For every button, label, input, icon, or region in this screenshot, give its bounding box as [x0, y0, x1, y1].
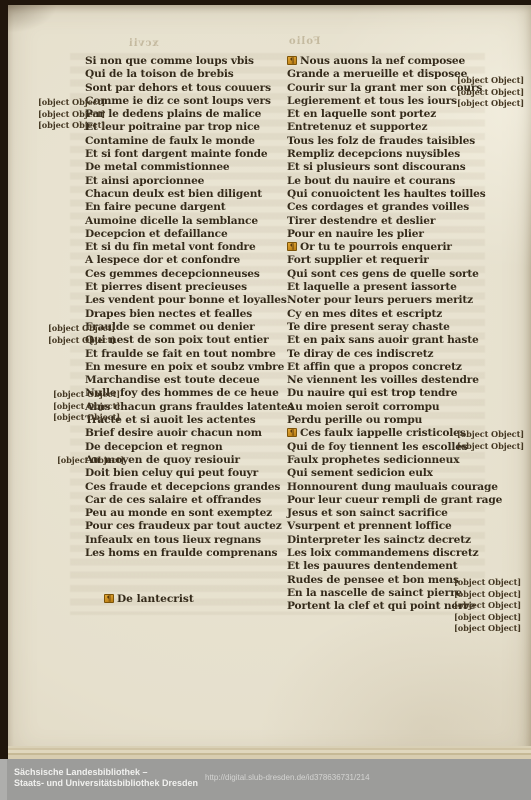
- margin-note-proverbs: [object Object]: [57, 455, 124, 467]
- verse-line: Marchandise est toute deceue: [85, 374, 290, 387]
- verse-text: Et pierres disent precieuses: [85, 281, 247, 293]
- verse-text: Et en paix sans auoir grant haste: [287, 334, 479, 346]
- verse-text: Et si font dargent mainte fonde: [85, 148, 267, 160]
- verse-line: Jesus et son sainct sacrifice: [287, 507, 515, 520]
- margin-note-line: [object Object]: [454, 623, 521, 635]
- verse-line: Qui nest de son poix tout entier: [85, 334, 290, 347]
- verse-text: Peu au monde en sont exemptez: [85, 507, 272, 519]
- verse-text: Pour en nauire les plier: [287, 228, 424, 240]
- verse-text: Tous les folz de fraudes taisibles: [287, 135, 475, 147]
- verse-text: Legierement et tous les iours: [287, 95, 457, 107]
- verse-text: Ces gemmes decepcionneuses: [85, 268, 260, 280]
- verse-line: Comme ie diz ce sont loups vers: [85, 95, 290, 108]
- verse-line: Qui de la toison de brebis: [85, 68, 290, 81]
- verse-text: Et fraulde se fait en tout nombre: [85, 348, 276, 360]
- verse-text: Perdu perille ou rompu: [287, 414, 422, 426]
- verse-line: ¶Or tu te pourrois enquerir: [287, 241, 515, 254]
- verse-text: Fort supplier et requerir: [287, 254, 429, 266]
- verse-text: Faulx prophetes sedicionneux: [287, 454, 459, 466]
- verse-text: Qui sement sedicion eulx: [287, 467, 433, 479]
- verse-text: Et en laquelle sont portez: [287, 108, 436, 120]
- margin-note-line: [object Object]: [38, 109, 105, 121]
- rubric-text: De lantecrist: [117, 593, 194, 605]
- verse-text: Le bout du nauire et courans: [287, 175, 455, 187]
- verse-line: En faire pecune dargent: [85, 201, 290, 214]
- rubric-line: ¶De lantecrist: [104, 593, 194, 606]
- verse-text: En la nascelle de sainct pierre: [287, 587, 462, 599]
- margin-note-matthew-mark: [object Object][object Object]: [457, 429, 524, 452]
- verse-text: Du nauire qui est trop tendre: [287, 387, 457, 399]
- pilcrow-mark: ¶: [287, 428, 297, 437]
- verse-text: Par le dedens plains de malice: [85, 108, 261, 120]
- verse-line: Ne viennent les voilles destendre: [287, 374, 515, 387]
- verse-text: Sont par dehors et tous couuers: [85, 82, 271, 94]
- verse-line: Et fraulde se fait en tout nombre: [85, 348, 290, 361]
- book-page: xcvii Folio Si non que comme loups vbis …: [8, 5, 531, 759]
- verse-line: Les homs en fraulde comprenans: [85, 547, 290, 560]
- verse-line: Aumoine dicelle la semblance: [85, 215, 290, 228]
- verse-line: De decepcion et regnon: [85, 441, 290, 454]
- verse-text: Te diray de ces indiscretz: [287, 348, 433, 360]
- verse-text: Grande a merueille et disposee: [287, 68, 467, 80]
- margin-note-line: [object Object]: [38, 120, 105, 132]
- verse-text: Les loix commandemens discretz: [287, 547, 479, 559]
- verse-text: Courir sur la grant mer son cours: [287, 82, 482, 94]
- verse-line: Qui sement sedicion eulx: [287, 467, 515, 480]
- verse-text: Dinterpreter les sainctz decretz: [287, 534, 471, 546]
- verse-text: Infeaulx en tous lieux regnans: [85, 534, 261, 546]
- verse-text: Et laquelle a present iassorte: [287, 281, 457, 293]
- verse-line: Pour en nauire les plier: [287, 228, 515, 241]
- verse-line: Pour ces fraudeux par tout auctez: [85, 520, 290, 533]
- verse-text: Car de ces salaire et offrandes: [85, 494, 261, 506]
- verse-text: Et si plusieurs sont discourans: [287, 161, 466, 173]
- verse-line: Et si font dargent mainte fonde: [85, 148, 290, 161]
- verse-text: Et affin que a propos concretz: [287, 361, 462, 373]
- margin-note-deuteronomy: [object Object][object Object][object Ob…: [457, 75, 524, 110]
- verse-line: Car de ces salaire et offrandes: [85, 494, 290, 507]
- verse-line: Le bout du nauire et courans: [287, 175, 515, 188]
- verse-line: A lespece dor et confondre: [85, 254, 290, 267]
- verse-text: Doit bien celuy qui peut fouyr: [85, 467, 258, 479]
- verse-line: Tous les folz de fraudes taisibles: [287, 135, 515, 148]
- verse-line: Te diray de ces indiscretz: [287, 348, 515, 361]
- verse-line: Et ainsi aporcionnee: [85, 175, 290, 188]
- verse-line: Les vendent pour bonne et loyalles: [85, 294, 290, 307]
- verse-line: Et affin que a propos concretz: [287, 361, 515, 374]
- verse-text: Or tu te pourrois enquerir: [300, 241, 452, 253]
- margin-note-line: [object Object]: [48, 335, 115, 347]
- verse-text: Tirer destendre et deslier: [287, 215, 435, 227]
- library-name-line2: Staats- und Universitätsbibliothek Dresd…: [14, 778, 198, 789]
- verse-text: A lespece dor et confondre: [85, 254, 240, 266]
- verse-line: Doit bien celuy qui peut fouyr: [85, 467, 290, 480]
- verse-line: Et leur poitraine par trop nice: [85, 121, 290, 134]
- margin-note-line: [object Object]: [57, 455, 124, 467]
- verse-text: Marchandise est toute deceue: [85, 374, 260, 386]
- pilcrow-mark: ¶: [287, 56, 297, 65]
- margin-note-line: [object Object]: [454, 600, 521, 612]
- verse-text: De decepcion et regnon: [85, 441, 223, 453]
- verse-text: Entretenuz et supportez: [287, 121, 427, 133]
- verse-text: Qui de la toison de brebis: [85, 68, 234, 80]
- verse-line: Et laquelle a present iassorte: [287, 281, 515, 294]
- margin-note-line: [object Object]: [53, 389, 120, 401]
- verse-line: Contamine de faulx le monde: [85, 135, 290, 148]
- margin-note-line: [object Object]: [454, 577, 521, 589]
- margin-note-line: [object Object]: [454, 612, 521, 624]
- verse-text: Ces faulx iappelle cristicoles: [300, 427, 466, 439]
- verse-line: Du nauire qui est trop tendre: [287, 387, 515, 400]
- margin-note-line: [object Object]: [457, 441, 524, 453]
- verse-line: ¶Nous auons la nef composee: [287, 55, 515, 68]
- verse-line: Au moien seroit corrompu: [287, 401, 515, 414]
- page-bottom-edge: [8, 746, 531, 759]
- verse-text: Aumoine dicelle la semblance: [85, 215, 258, 227]
- verse-line: Sont par dehors et tous couuers: [85, 82, 290, 95]
- verse-text: Jesus et son sainct sacrifice: [287, 507, 448, 519]
- verse-line: Si non que comme loups vbis: [85, 55, 290, 68]
- verse-line: Et en paix sans auoir grant haste: [287, 334, 515, 347]
- verse-text: Ne viennent les voilles destendre: [287, 374, 479, 386]
- margin-note-line: [object Object]: [48, 323, 115, 335]
- verse-line: Ces fraude et decepcions grandes: [85, 481, 290, 494]
- margin-note-line: [object Object]: [457, 98, 524, 110]
- verse-line: Vsurpent et prennent loffice: [287, 520, 515, 533]
- verse-text: Les homs en fraulde comprenans: [85, 547, 277, 559]
- verse-text: Pour ces fraudeux par tout auctez: [85, 520, 282, 532]
- verse-line: Honnourent dung mauluais courage: [287, 481, 515, 494]
- verse-text: Ces fraude et decepcions grandes: [85, 481, 280, 493]
- verse-line: Chacun deulx est bien diligent: [85, 188, 290, 201]
- verse-line: Cy en mes dites et escriptz: [287, 308, 515, 321]
- library-name: Sächsische Landesbibliothek – Staats- un…: [14, 767, 198, 789]
- verse-column-right: ¶Nous auons la nef composee Grande a mer…: [287, 55, 515, 613]
- verse-text: Chacun deulx est bien diligent: [85, 188, 262, 200]
- verse-text: Brief desire auoir chacun nom: [85, 427, 262, 439]
- showthrough-folio-left: xcvii: [128, 38, 158, 49]
- verse-text: Noter pour leurs peruers meritz: [287, 294, 473, 306]
- verse-line: En mesure en poix et soubz vmbre: [85, 361, 290, 374]
- verse-line: Ces gemmes decepcionneuses: [85, 268, 290, 281]
- verse-text: Ces cordages et grandes voilles: [287, 201, 469, 213]
- verse-line: Les loix commandemens discretz: [287, 547, 515, 560]
- verse-line: Qui conuoictent les haultes toilles: [287, 188, 515, 201]
- verse-text: Vsurpent et prennent loffice: [287, 520, 452, 532]
- margin-note-decretals: [object Object][object Object][object Ob…: [454, 577, 521, 635]
- verse-text: Cy en mes dites et escriptz: [287, 308, 442, 320]
- verse-text: Et les pauures dentendement: [287, 560, 458, 572]
- pilcrow-mark: ¶: [104, 594, 114, 603]
- verse-text: En faire pecune dargent: [85, 201, 226, 213]
- showthrough-folio-right: Folio: [288, 36, 321, 47]
- verse-line: Rempliz decepcions nuysibles: [287, 148, 515, 161]
- verse-line: Fraulde se commet ou denier: [85, 321, 290, 334]
- scan-photo: xcvii Folio Si non que comme loups vbis …: [0, 0, 531, 800]
- footer-bar: Sächsische Landesbibliothek – Staats- un…: [0, 759, 531, 800]
- verse-line: Infeaulx en tous lieux regnans: [85, 534, 290, 547]
- verse-line: Drapes bien nectes et fealles: [85, 308, 290, 321]
- margin-note-ezechiel: [object Object][object Object][object Ob…: [38, 97, 105, 132]
- verse-line: Dinterpreter les sainctz decretz: [287, 534, 515, 547]
- verse-text: Portent la clef et qui point nerre: [287, 600, 475, 612]
- verse-text: Comme ie diz ce sont loups vers: [85, 95, 271, 107]
- verse-text: Rudes de pensee et bon mens: [287, 574, 459, 586]
- verse-line: Par le dedens plains de malice: [85, 108, 290, 121]
- verse-line: Noter pour leurs peruers meritz: [287, 294, 515, 307]
- pilcrow-mark: ¶: [287, 242, 297, 251]
- verse-text: En mesure en poix et soubz vmbre: [85, 361, 284, 373]
- verse-line: Faulx prophetes sedicionneux: [287, 454, 515, 467]
- verse-text: Et ainsi aporcionnee: [85, 175, 204, 187]
- verse-line: Brief desire auoir chacun nom: [85, 427, 290, 440]
- margin-note-line: [object Object]: [53, 412, 120, 424]
- verse-line: Entretenuz et supportez: [287, 121, 515, 134]
- library-name-line1: Sächsische Landesbibliothek –: [14, 767, 198, 778]
- verse-text: De metal commistionnee: [85, 161, 230, 173]
- verse-line: Qui sont ces gens de quelle sorte: [287, 268, 515, 281]
- margin-note-line: [object Object]: [457, 429, 524, 441]
- verse-text: Nous auons la nef composee: [300, 55, 465, 67]
- verse-text: Rempliz decepcions nuysibles: [287, 148, 460, 160]
- verse-text: Drapes bien nectes et fealles: [85, 308, 252, 320]
- verse-line: Fort supplier et requerir: [287, 254, 515, 267]
- verse-line: Tirer destendre et deslier: [287, 215, 515, 228]
- verse-text: Au moien seroit corrompu: [287, 401, 439, 413]
- verse-line: Et si plusieurs sont discourans: [287, 161, 515, 174]
- verse-line: Decepcion et defaillance: [85, 228, 290, 241]
- verse-text: Qui de foy tiennent les escolles: [287, 441, 468, 453]
- verse-line: Et si du fin metal vont fondre: [85, 241, 290, 254]
- verse-line: Peu au monde en sont exemptez: [85, 507, 290, 520]
- verse-text: Te dire present seray chaste: [287, 321, 450, 333]
- verse-text: Qui conuoictent les haultes toilles: [287, 188, 486, 200]
- margin-note-line: [object Object]: [457, 87, 524, 99]
- verse-text: Et leur poitraine par trop nice: [85, 121, 260, 133]
- margin-note-jeremiah: [object Object][object Object]: [48, 323, 115, 346]
- verse-line: Te dire present seray chaste: [287, 321, 515, 334]
- verse-text: Les vendent pour bonne et loyalles: [85, 294, 287, 306]
- margin-note-line: [object Object]: [457, 75, 524, 87]
- verse-column-left: Si non que comme loups vbis Qui de la to…: [85, 55, 290, 560]
- margin-note-line: [object Object]: [38, 97, 105, 109]
- footer-accent-strip: [0, 759, 7, 800]
- verse-text: Et si du fin metal vont fondre: [85, 241, 256, 253]
- verse-line: De metal commistionnee: [85, 161, 290, 174]
- margin-note-virgil: [object Object][object Object][object Ob…: [53, 389, 120, 424]
- verse-text: Contamine de faulx le monde: [85, 135, 255, 147]
- verse-line: Et en laquelle sont portez: [287, 108, 515, 121]
- verse-line: Ces cordages et grandes voilles: [287, 201, 515, 214]
- verse-text: Qui sont ces gens de quelle sorte: [287, 268, 479, 280]
- verse-text: Si non que comme loups vbis: [85, 55, 254, 67]
- verse-text: Pour leur cueur rempli de grant rage: [287, 494, 502, 506]
- verse-line: Pour leur cueur rempli de grant rage: [287, 494, 515, 507]
- verse-line: Perdu perille ou rompu: [287, 414, 515, 427]
- margin-note-line: [object Object]: [454, 589, 521, 601]
- margin-note-line: [object Object]: [53, 401, 120, 413]
- verse-line: Et les pauures dentendement: [287, 560, 515, 573]
- document-url: http://digital.slub-dresden.de/id3786367…: [205, 773, 370, 782]
- verse-text: Honnourent dung mauluais courage: [287, 481, 498, 493]
- verse-line: Et pierres disent precieuses: [85, 281, 290, 294]
- verse-text: Decepcion et defaillance: [85, 228, 228, 240]
